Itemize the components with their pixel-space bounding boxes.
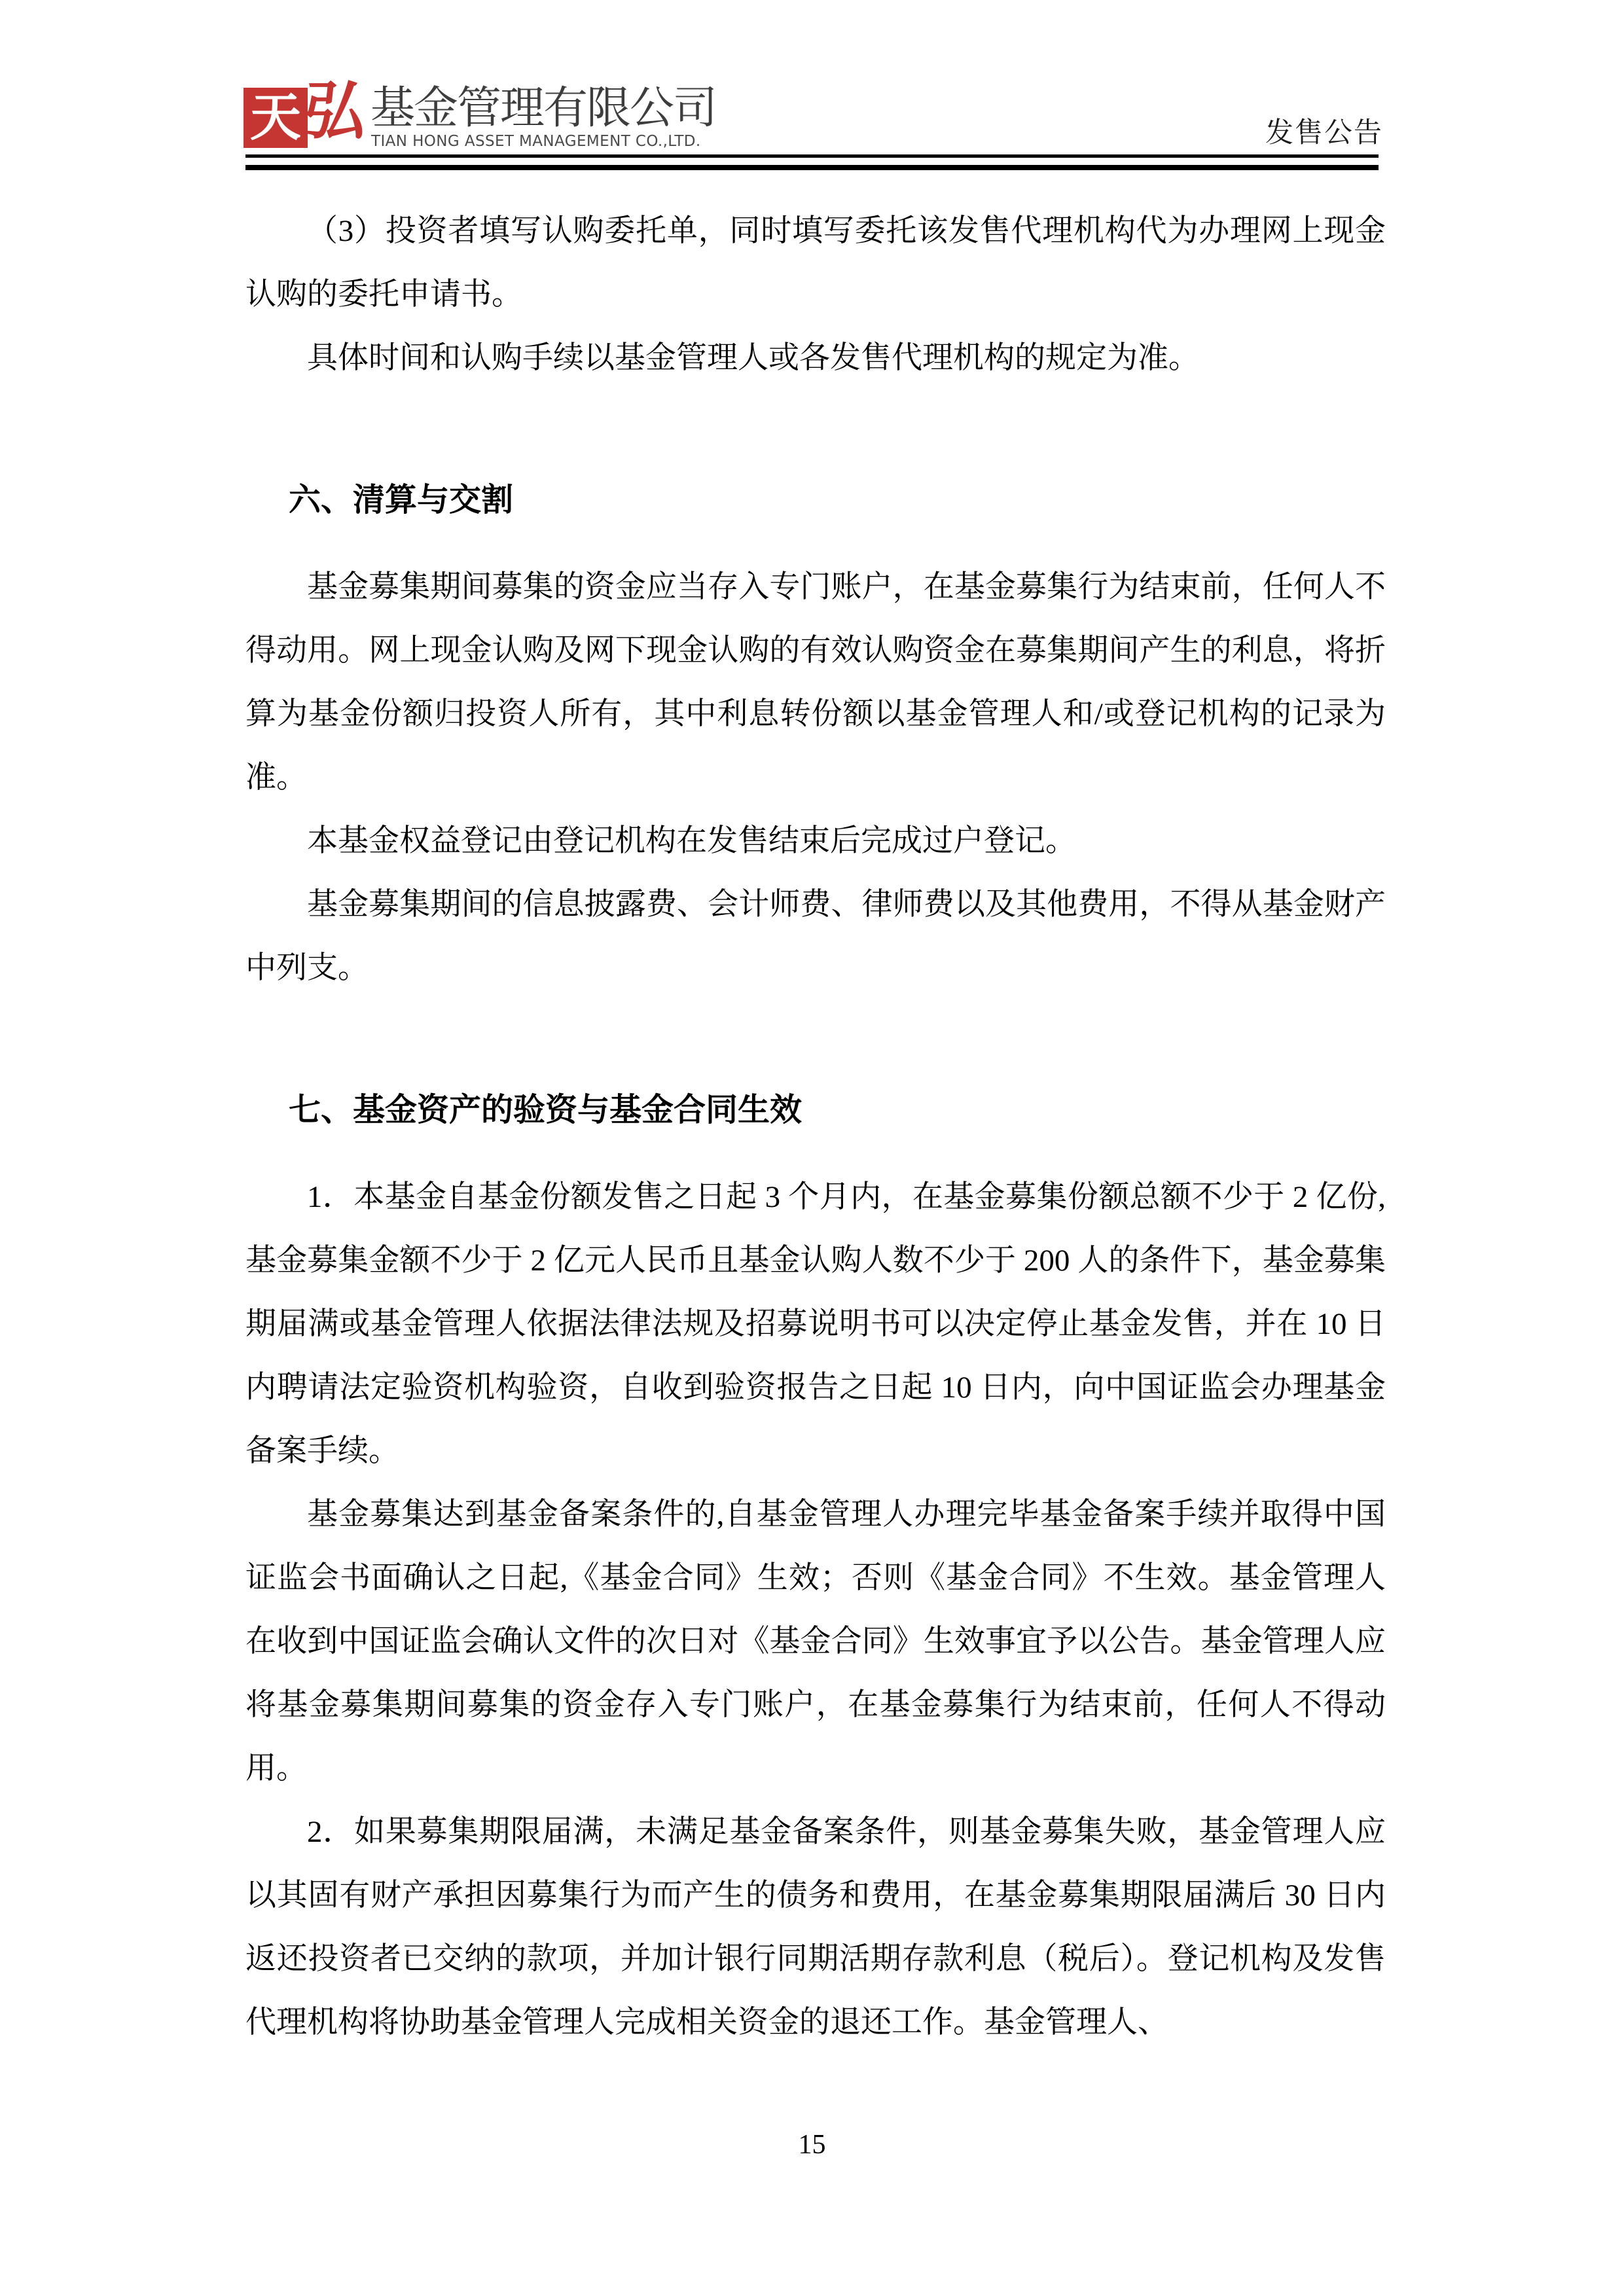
document-body: （3）投资者填写认购委托单，同时填写委托该发售代理机构代为办理网上现金认购的委托… [245, 200, 1386, 2054]
page-number: 15 [0, 2131, 1624, 2159]
logo-tian-glyph: 天 [250, 92, 301, 143]
document-type-label: 发售公告 [1265, 119, 1383, 147]
paragraph-contract-effect: 基金募集达到基金备案条件的,自基金管理人办理完毕基金备案手续并取得中国证监会书面… [245, 1483, 1386, 1801]
header-rule-thin [245, 154, 1379, 158]
paragraph-subscription-form: （3）投资者填写认购委托单，同时填写委托该发售代理机构代为办理网上现金认购的委托… [245, 200, 1386, 327]
header-rule-thick [245, 165, 1379, 170]
section-7-heading: 七、基金资产的验资与基金合同生效 [245, 1078, 1386, 1141]
paragraph-capital-verification: 1．本基金自基金份额发售之日起 3 个月内，在基金募集份额总额不少于 2 亿份,… [245, 1166, 1386, 1483]
paragraph-fund-raising-account: 基金募集期间募集的资金应当存入专门账户，在基金募集行为结束前，任何人不得动用。网… [245, 556, 1386, 810]
company-name-cn: 基金管理有限公司 [370, 86, 716, 131]
tianhong-logo-icon: 天 [244, 88, 308, 148]
logo-hong-glyph: 弘 [300, 80, 370, 143]
company-name-en: TIAN HONG ASSET MANAGEMENT CO.,LTD. [371, 134, 701, 149]
paragraph-rights-registration: 本基金权益登记由登记机构在发售结束后完成过户登记。 [245, 810, 1386, 873]
paragraph-raising-failure: 2．如果募集期限届满，未满足基金备案条件，则基金募集失败，基金管理人应以其固有财… [245, 1801, 1386, 2054]
document-page: 天 弘 基金管理有限公司 TIAN HONG ASSET MANAGEMENT … [0, 0, 1624, 2296]
section-6-heading: 六、清算与交割 [245, 468, 1386, 531]
paragraph-fees: 基金募集期间的信息披露费、会计师费、律师费以及其他费用，不得从基金财产中列支。 [245, 873, 1386, 1000]
paragraph-specific-time: 具体时间和认购手续以基金管理人或各发售代理机构的规定为准。 [245, 327, 1386, 390]
